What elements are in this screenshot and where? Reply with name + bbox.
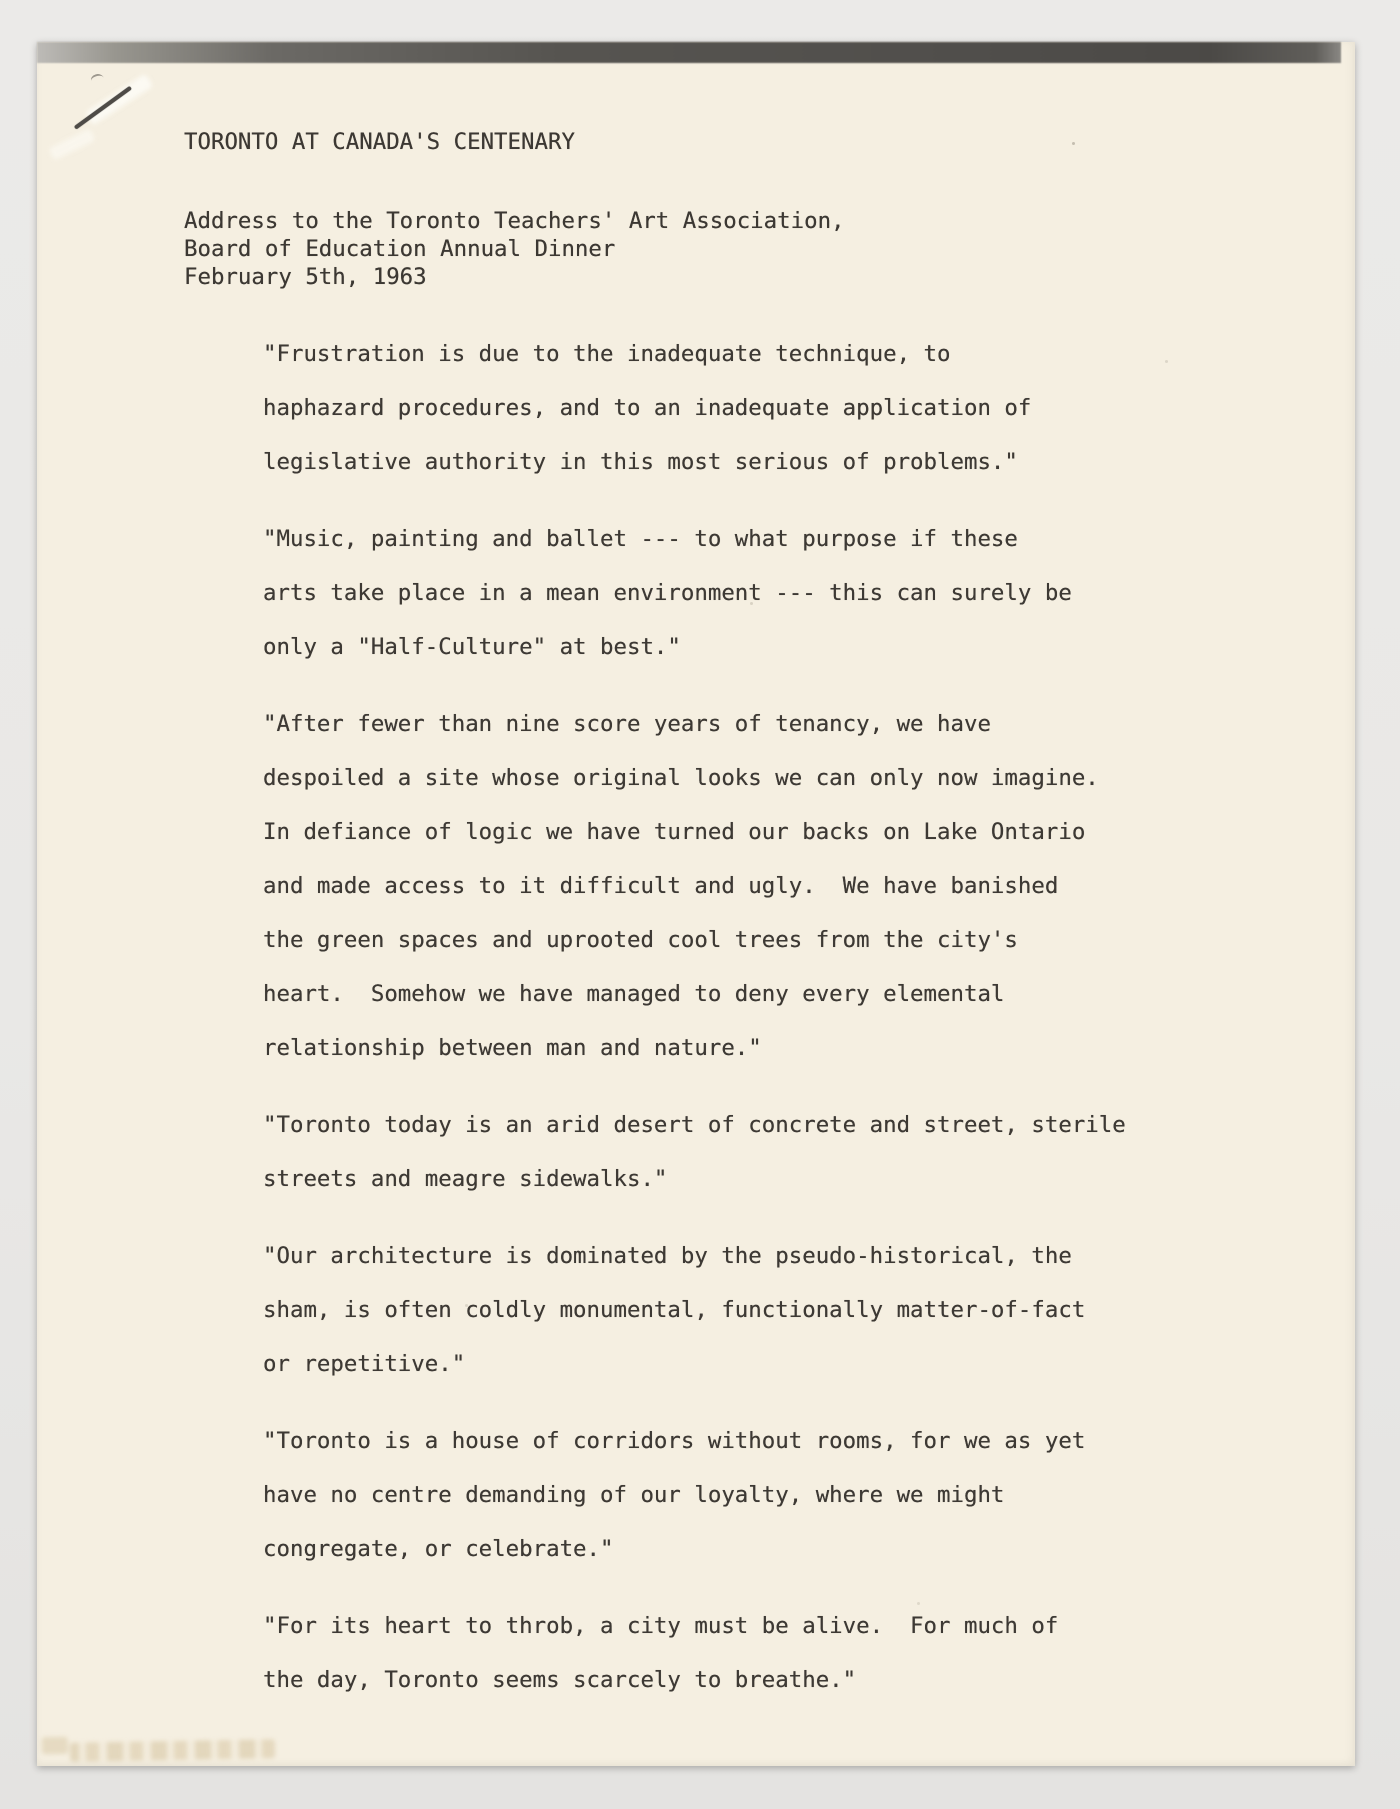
bleed-through-stamp [70, 1731, 276, 1771]
paper-speck [465, 1304, 468, 1307]
bleed-through-text-blur [42, 1737, 68, 1754]
text-line: "After fewer than nine score years of te… [263, 697, 1323, 751]
paragraph: "Frustration is due to the inadequate te… [263, 327, 1323, 489]
text-line: streets and meagre sidewalks." [263, 1152, 1323, 1206]
pencil-slash-mark [74, 86, 132, 130]
text-line: sham, is often coldly monumental, functi… [263, 1283, 1323, 1337]
text-line: have no centre demanding of our loyalty,… [263, 1468, 1323, 1522]
pencil-squiggle-mark [90, 72, 106, 86]
address-line: Board of Education Annual Dinner [184, 235, 845, 263]
text-line: "For its heart to throb, a city must be … [263, 1599, 1323, 1653]
text-line: "Frustration is due to the inadequate te… [263, 327, 1323, 381]
paper-speck [750, 602, 753, 605]
document-page: TORONTO AT CANADA'S CENTENARY Address to… [37, 42, 1355, 1766]
paragraph: "Music, painting and ballet --- to what … [263, 512, 1323, 674]
text-line: legislative authority in this most serio… [263, 435, 1323, 489]
text-line: relationship between man and nature." [263, 1021, 1323, 1075]
text-line: haphazard procedures, and to an inadequa… [263, 381, 1323, 435]
paragraph: "For its heart to throb, a city must be … [263, 1599, 1323, 1707]
paper-speck [1165, 360, 1168, 363]
text-line: In defiance of logic we have turned our … [263, 805, 1323, 859]
address-block: Address to the Toronto Teachers' Art Ass… [184, 207, 845, 291]
text-line: congregate, or celebrate." [263, 1522, 1323, 1576]
text-line: "Toronto today is an arid desert of conc… [263, 1098, 1323, 1152]
paragraph: "After fewer than nine score years of te… [263, 697, 1323, 1075]
text-line: heart. Somehow we have managed to deny e… [263, 967, 1323, 1021]
paper-speck [1072, 142, 1075, 145]
paragraph: "Toronto is a house of corridors without… [263, 1414, 1323, 1576]
document-title: TORONTO AT CANADA'S CENTENARY [184, 129, 575, 156]
paper-scuff-mark [48, 129, 95, 161]
text-line: only a "Half-Culture" at best." [263, 620, 1323, 674]
paragraph: "Toronto today is an arid desert of conc… [263, 1098, 1323, 1206]
text-line: or repetitive." [263, 1337, 1323, 1391]
text-line: despoiled a site whose original looks we… [263, 751, 1323, 805]
scan-edge-artifact [37, 42, 1341, 63]
document-body: "Frustration is due to the inadequate te… [263, 327, 1323, 1730]
text-line: and made access to it difficult and ugly… [263, 859, 1323, 913]
bleed-through-text-blur [70, 1739, 275, 1762]
address-line: February 5th, 1963 [184, 263, 845, 291]
text-line: "Our architecture is dominated by the ps… [263, 1229, 1323, 1283]
text-line: arts take place in a mean environment --… [263, 566, 1323, 620]
text-line: "Toronto is a house of corridors without… [263, 1414, 1323, 1468]
text-line: the green spaces and uprooted cool trees… [263, 913, 1323, 967]
text-line: "Music, painting and ballet --- to what … [263, 512, 1323, 566]
text-line: the day, Toronto seems scarcely to breat… [263, 1653, 1323, 1707]
scanned-document-page: { "page": { "background_color": "#e9e8e6… [0, 0, 1400, 1809]
paragraph: "Our architecture is dominated by the ps… [263, 1229, 1323, 1391]
address-line: Address to the Toronto Teachers' Art Ass… [184, 207, 845, 235]
paper-speck [917, 1602, 920, 1605]
